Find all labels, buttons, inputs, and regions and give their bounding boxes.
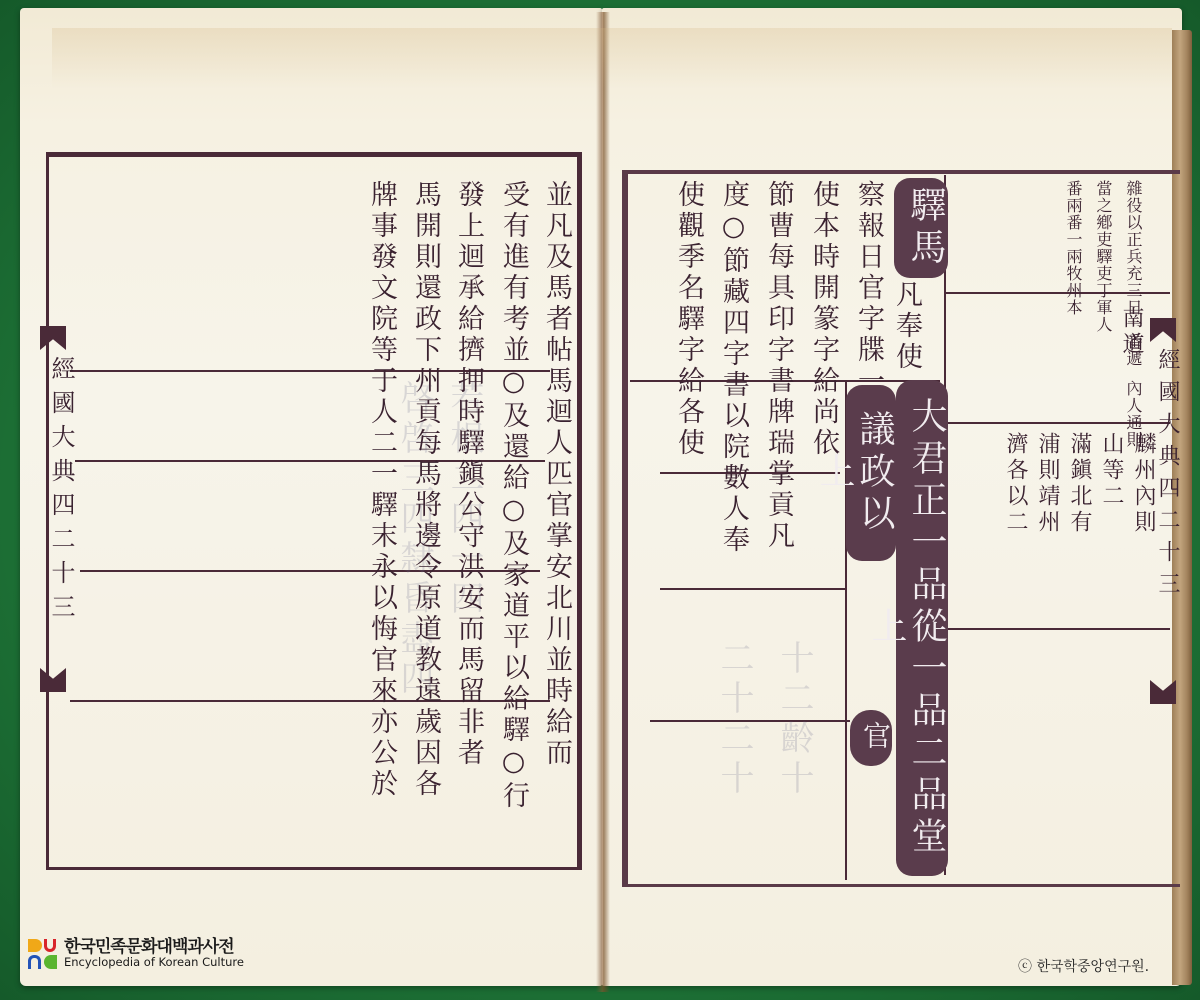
left-text-column-1: 並凡及馬者帖馬迴人匹官掌安北川並時給而	[543, 180, 570, 769]
right-text-column-4: 節曹每具印字書牌瑞掌貢凡	[765, 180, 792, 552]
logo-english-text: Encyclopedia of Korean Culture	[64, 956, 244, 969]
right-text-column-3: 使本時開篆字給尚依	[810, 180, 837, 459]
encyclopedia-logo: 한국민족문화대백과사전 Encyclopedia of Korean Cultu…	[28, 938, 244, 969]
right-text-column-6: 使觀季名驛字給各使	[675, 180, 702, 459]
right-note-nam: 南道	[1120, 306, 1142, 358]
left-margin-title: 經國大典四二十三	[44, 356, 79, 628]
lower-right-column-3: 滿鎭北有	[1068, 432, 1090, 536]
lower-right-column-4: 浦則靖州	[1036, 432, 1058, 536]
left-text-column-3: 發上迴承給擠押時驛鎭公守洪安而馬留非者	[455, 180, 482, 769]
right-rule-f	[660, 588, 845, 590]
logo-korean-text: 한국민족문화대백과사전	[64, 938, 244, 956]
bleed-through-text: 二十二十	[710, 640, 759, 800]
left-text-column-4: 馬開則還政下州貢每馬將邊令原道教遠歲因各	[412, 180, 439, 800]
encyclopedia-logo-icon	[28, 939, 58, 969]
paper-stain	[52, 28, 1172, 88]
rank-label-uijeong: 議政以上	[846, 385, 896, 561]
bleed-through-text: 十二齡十	[770, 640, 819, 800]
upper-right-note-2: 當之鄕吏驛吏丁軍人	[1095, 180, 1111, 333]
right-text-column-1: 凡奉使	[893, 280, 920, 373]
rank-label-daegun: 大君正一品從一品二品堂上	[896, 380, 948, 876]
left-text-column-2: 受有進有考並○及還給○及家道平以給驛○行	[500, 180, 527, 812]
right-rule-e	[660, 472, 840, 474]
copyright-notice: ⓒ 한국학중앙연구원.	[1018, 956, 1149, 976]
left-text-column-5: 牌事發文院等于人二一驛末永以悔官來亦公於	[368, 180, 395, 800]
rank-label-gwan: 官	[850, 710, 892, 766]
upper-right-note-3: 番兩番一兩牧州本	[1065, 180, 1081, 316]
right-rule-c	[945, 628, 1170, 630]
book-gutter	[596, 12, 610, 992]
right-text-column-5: 度○節藏四字書以院數人奉	[720, 180, 747, 556]
lower-right-column-5: 濟各以二	[1004, 432, 1026, 536]
header-label-yeokma: 驛馬	[894, 178, 948, 278]
right-margin-title: 經國大典四二十三	[1152, 348, 1183, 604]
lower-right-column-2: 山等二	[1100, 432, 1122, 510]
lower-right-column-1: 麟州內則	[1132, 432, 1154, 536]
